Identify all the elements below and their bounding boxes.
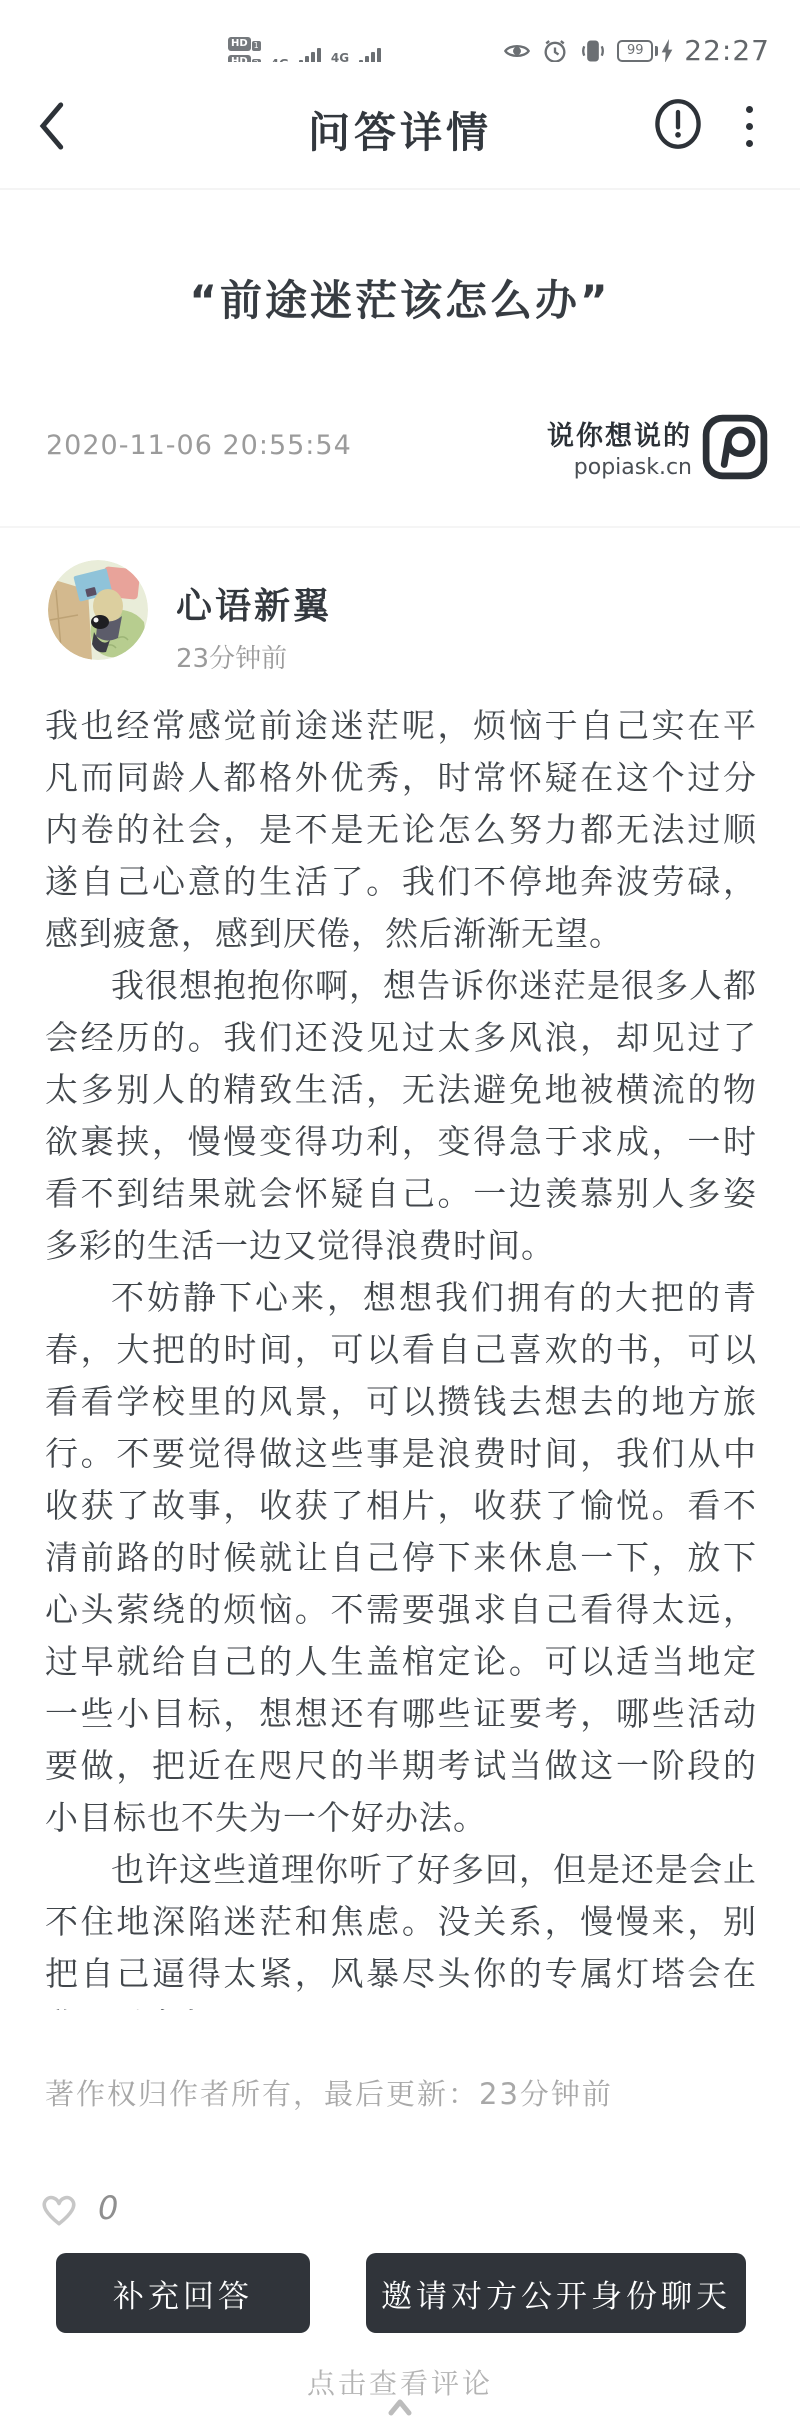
vibrate-icon xyxy=(579,37,607,65)
answer-paragraph: 我很想抱抱你啊，想告诉你迷茫是很多人都会经历的。我们还没见过太多风浪，却见过了太… xyxy=(45,960,757,1272)
author-avatar xyxy=(48,560,148,660)
popiask-logo-icon xyxy=(702,414,768,480)
invite-chat-button[interactable]: 邀请对方公开身份聊天 xyxy=(366,2253,746,2333)
kebab-dot xyxy=(746,123,753,130)
question-title: “前途迷茫该怎么办” xyxy=(0,268,800,328)
author-name: 心语新翼 xyxy=(176,578,332,629)
header: 问答详情 xyxy=(0,62,800,190)
qa-detail-screen: HD 1 HD 2 4G 4G xyxy=(0,0,800,2436)
battery-percent: 99 xyxy=(627,43,644,58)
battery-icon: 99 xyxy=(617,39,674,63)
kebab-dot xyxy=(746,106,753,113)
like-count: 0 xyxy=(98,2189,118,2227)
chevron-up-icon[interactable] xyxy=(388,2398,412,2420)
eye-protection-icon xyxy=(503,37,531,65)
report-button[interactable] xyxy=(652,98,704,150)
divider xyxy=(0,526,800,528)
kebab-dot xyxy=(746,140,753,147)
hd1-label: HD xyxy=(228,37,251,51)
question-date: 2020-11-06 20:55:54 xyxy=(46,430,352,461)
brand-slogan: 说你想说的 xyxy=(547,414,692,453)
answer-paragraph: 我也经常感觉前途迷茫呢，烦恼于自己实在平凡而同龄人都格外优秀，时常怀疑在这个过分… xyxy=(45,700,757,960)
exclamation-circle-icon xyxy=(652,98,704,150)
answer-paragraph: 不妨静下心来，想想我们拥有的大把的青春，大把的时间，可以看自己喜欢的书，可以看看… xyxy=(45,1272,757,1844)
copyright-note: 著作权归作者所有，最后更新：23分钟前 xyxy=(45,2072,613,2113)
charging-bolt-icon xyxy=(660,39,674,63)
status-bar: HD 1 HD 2 4G 4G xyxy=(0,0,800,62)
answer-time-ago: 23分钟前 xyxy=(176,638,287,675)
supplement-answer-button[interactable]: 补充回答 xyxy=(56,2253,310,2333)
brand-domain: popiask.cn xyxy=(547,455,692,480)
alarm-icon xyxy=(541,37,569,65)
hd1-badge: HD 1 xyxy=(228,37,261,51)
answer-paragraph: 也许这些道理你听了好多回，但是还是会止不住地深陷迷茫和焦虑。没关系，慢慢来，别把… xyxy=(45,1844,757,2010)
heart-icon xyxy=(38,2188,80,2228)
hd1-index: 1 xyxy=(252,41,261,51)
more-menu-button[interactable] xyxy=(736,98,762,154)
view-comments-hint[interactable]: 点击查看评论 xyxy=(0,2362,800,2402)
brand-watermark: 说你想说的 popiask.cn xyxy=(547,414,768,480)
answer-body: 我也经常感觉前途迷茫呢，烦恼于自己实在平凡而同龄人都格外优秀，时常怀疑在这个过分… xyxy=(45,700,757,2010)
like-button[interactable]: 0 xyxy=(38,2188,118,2228)
